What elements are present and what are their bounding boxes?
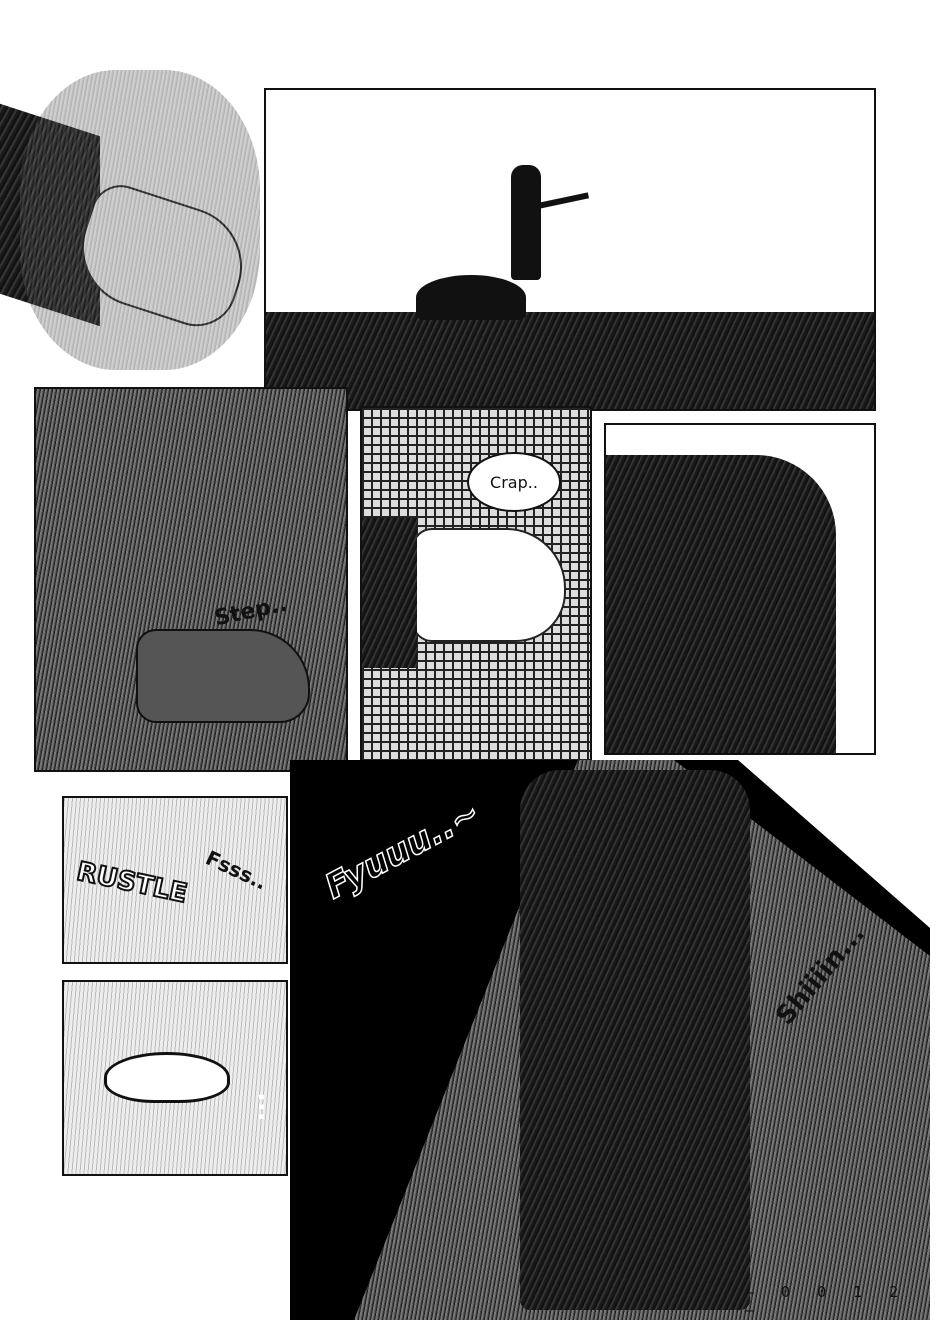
jacket-art: [606, 455, 836, 755]
sfx-step: Step..: [212, 592, 289, 632]
boot-art: [136, 629, 310, 723]
panel-boot-step: Step..: [34, 387, 348, 772]
rock-art: [416, 275, 526, 320]
figure-silhouette: [511, 165, 541, 280]
panel-jacket-arm: [604, 423, 876, 755]
hand-shadow-art: [20, 70, 260, 370]
sfx-rustle: RUSTLE: [74, 857, 190, 910]
panel-fist: [360, 406, 592, 772]
panel-rustle: RUSTLE Fsss..: [62, 796, 288, 964]
panel-eye-closeup: ...: [62, 980, 288, 1176]
panel-figure-on-shore: [264, 88, 876, 411]
sfx-fsss: Fsss..: [202, 845, 271, 894]
water-art: [266, 312, 874, 411]
figure-arm: [534, 192, 589, 209]
sfx-ellipsis: ...: [252, 1092, 282, 1122]
page-number: — 0 0 1 2 —: [745, 1283, 939, 1319]
sleeve-art: [362, 518, 417, 668]
speech-bubble-crap: Crap..: [467, 452, 561, 512]
fist-art: [412, 528, 566, 642]
eye-art: [104, 1052, 230, 1103]
coat-figure-art: [520, 770, 750, 1310]
